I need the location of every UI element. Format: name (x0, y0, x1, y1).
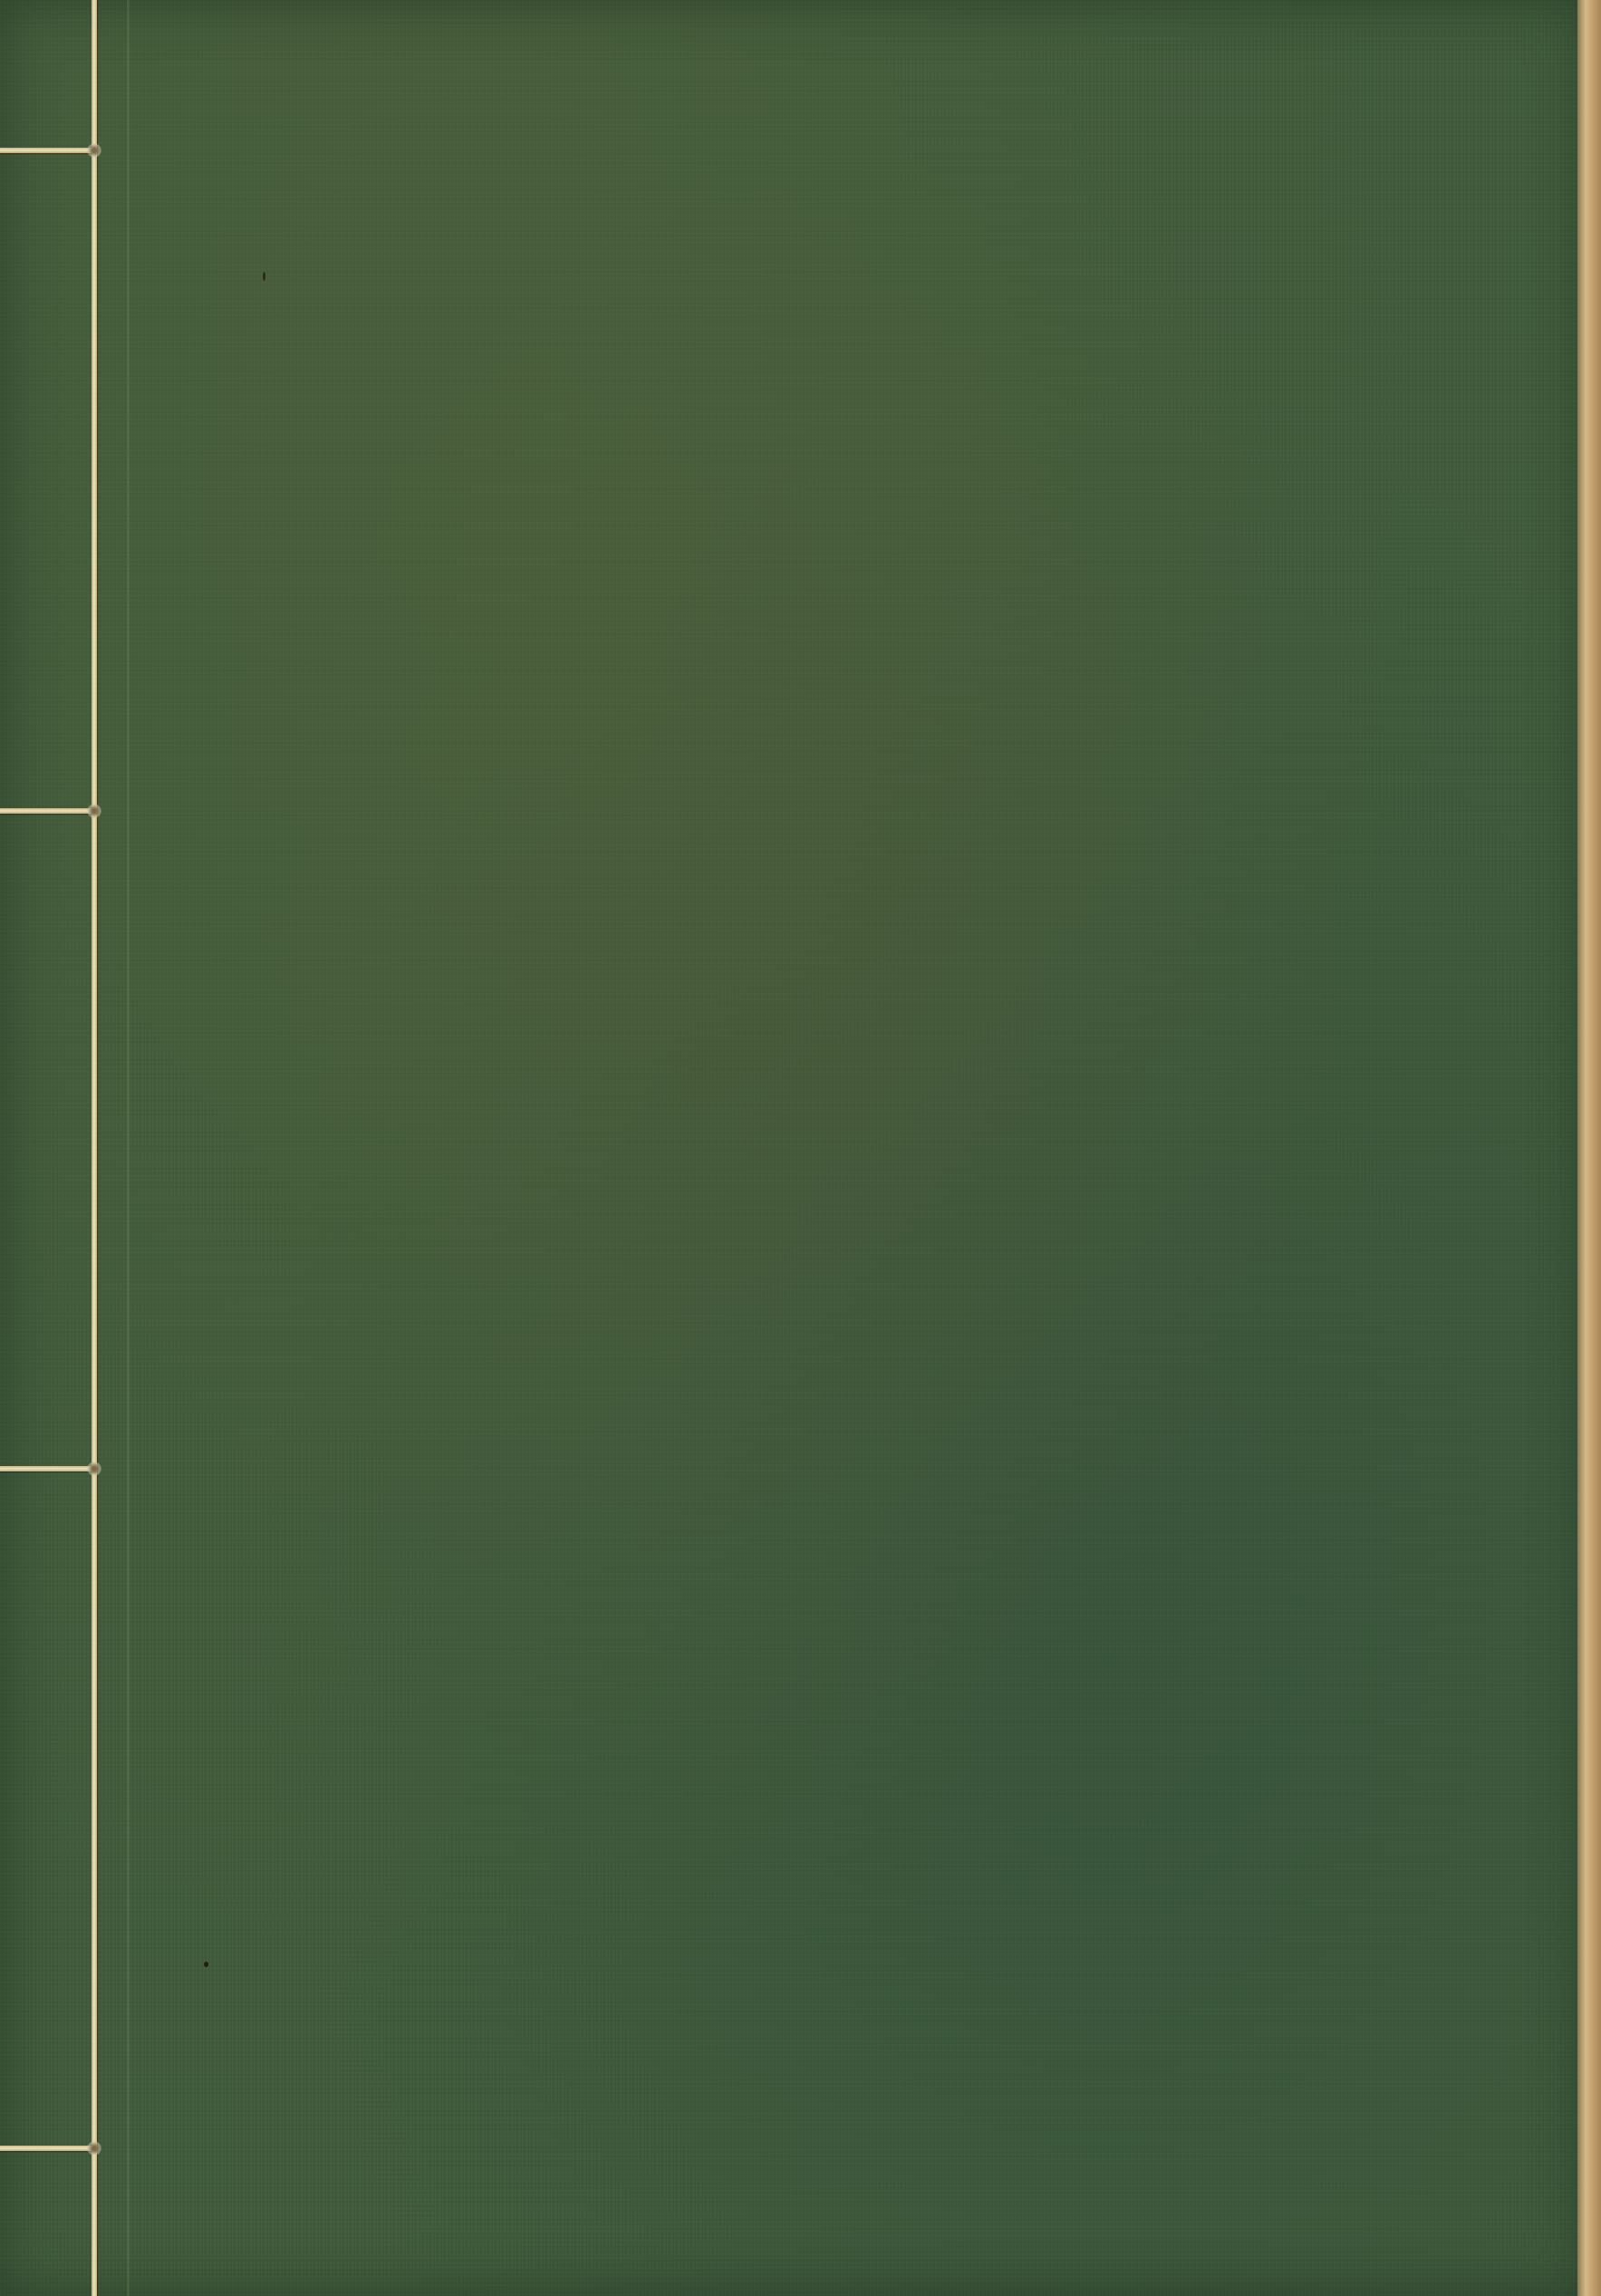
binding-hole (87, 804, 101, 818)
binding-hole (87, 2141, 101, 2156)
binding-thread-vertical (92, 0, 97, 2296)
binding-loop (0, 808, 97, 814)
stain-speck (204, 1962, 208, 1967)
binding-hole (87, 1462, 101, 1476)
binding-loop (0, 148, 97, 153)
stain-speck (263, 272, 265, 281)
page-edge (1577, 0, 1601, 2296)
binding-loop (0, 2146, 97, 2151)
spine-fold-line (127, 0, 130, 2296)
book-cover (0, 0, 1586, 2296)
binding-hole (87, 143, 101, 158)
binding-loop (0, 1466, 97, 1471)
